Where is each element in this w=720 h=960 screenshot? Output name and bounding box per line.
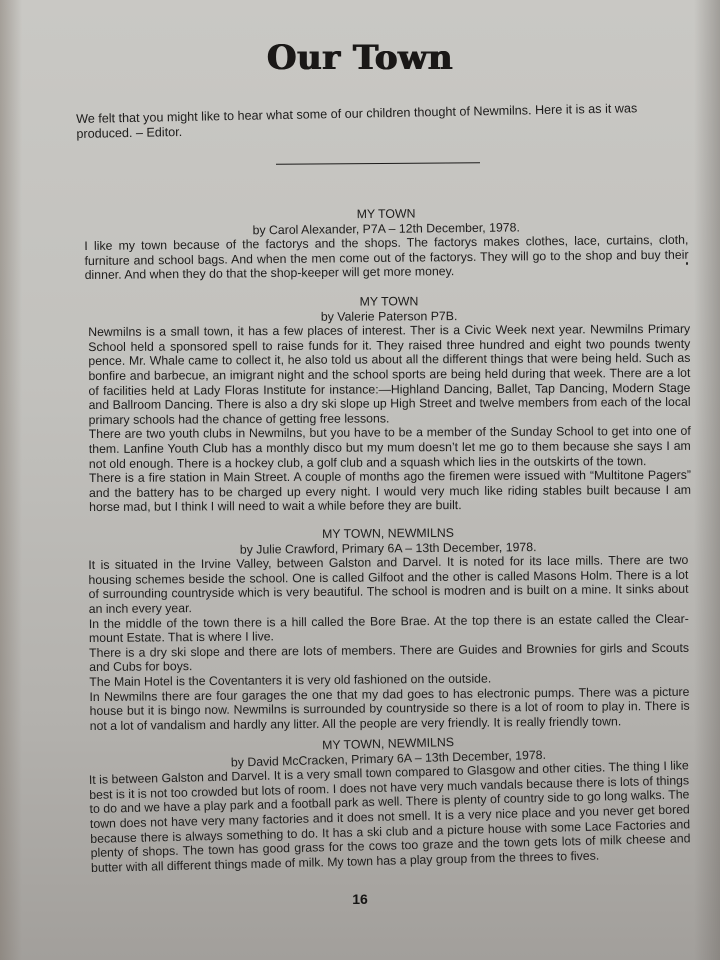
page-number: 16: [0, 891, 720, 907]
article-paragraph: In Newmilns there are four garages the o…: [89, 684, 689, 733]
article-valerie-paterson: MY TOWN by Valerie Paterson P7B. Newmiln…: [88, 293, 691, 515]
magazine-page: Our Town We felt that you might like to …: [0, 0, 720, 960]
editor-intro: We felt that you might like to hear what…: [76, 100, 676, 142]
article-paragraph: It is situated in the Irvine Valley, bet…: [88, 553, 688, 617]
article-paragraph: There are two youth clubs in Newmilns, b…: [89, 424, 691, 471]
article-body: It is situated in the Irvine Valley, bet…: [88, 553, 690, 733]
article-carol-alexander: MY TOWN by Carol Alexander, P7A – 12th D…: [84, 204, 689, 283]
article-body: It is between Galston and Darvel. It is …: [89, 759, 691, 876]
print-speck: [686, 262, 688, 265]
page-title: Our Town: [0, 38, 720, 78]
article-david-mccracken: MY TOWN, NEWMILNS by David McCracken, Pr…: [88, 729, 691, 875]
article-paragraph: I like my town because of the factorys a…: [84, 233, 688, 283]
divider-rule: [276, 162, 480, 164]
article-paragraph: Newmilns is a small town, it has a few p…: [88, 322, 691, 427]
article-paragraph: There is a fire station in Main Street. …: [89, 468, 691, 515]
article-body: I like my town because of the factorys a…: [84, 233, 688, 283]
article-julie-crawford: MY TOWN, NEWMILNS by Julie Crawford, Pri…: [88, 524, 690, 734]
article-paragraph: It is between Galston and Darvel. It is …: [89, 759, 691, 876]
article-body: Newmilns is a small town, it has a few p…: [88, 322, 691, 515]
